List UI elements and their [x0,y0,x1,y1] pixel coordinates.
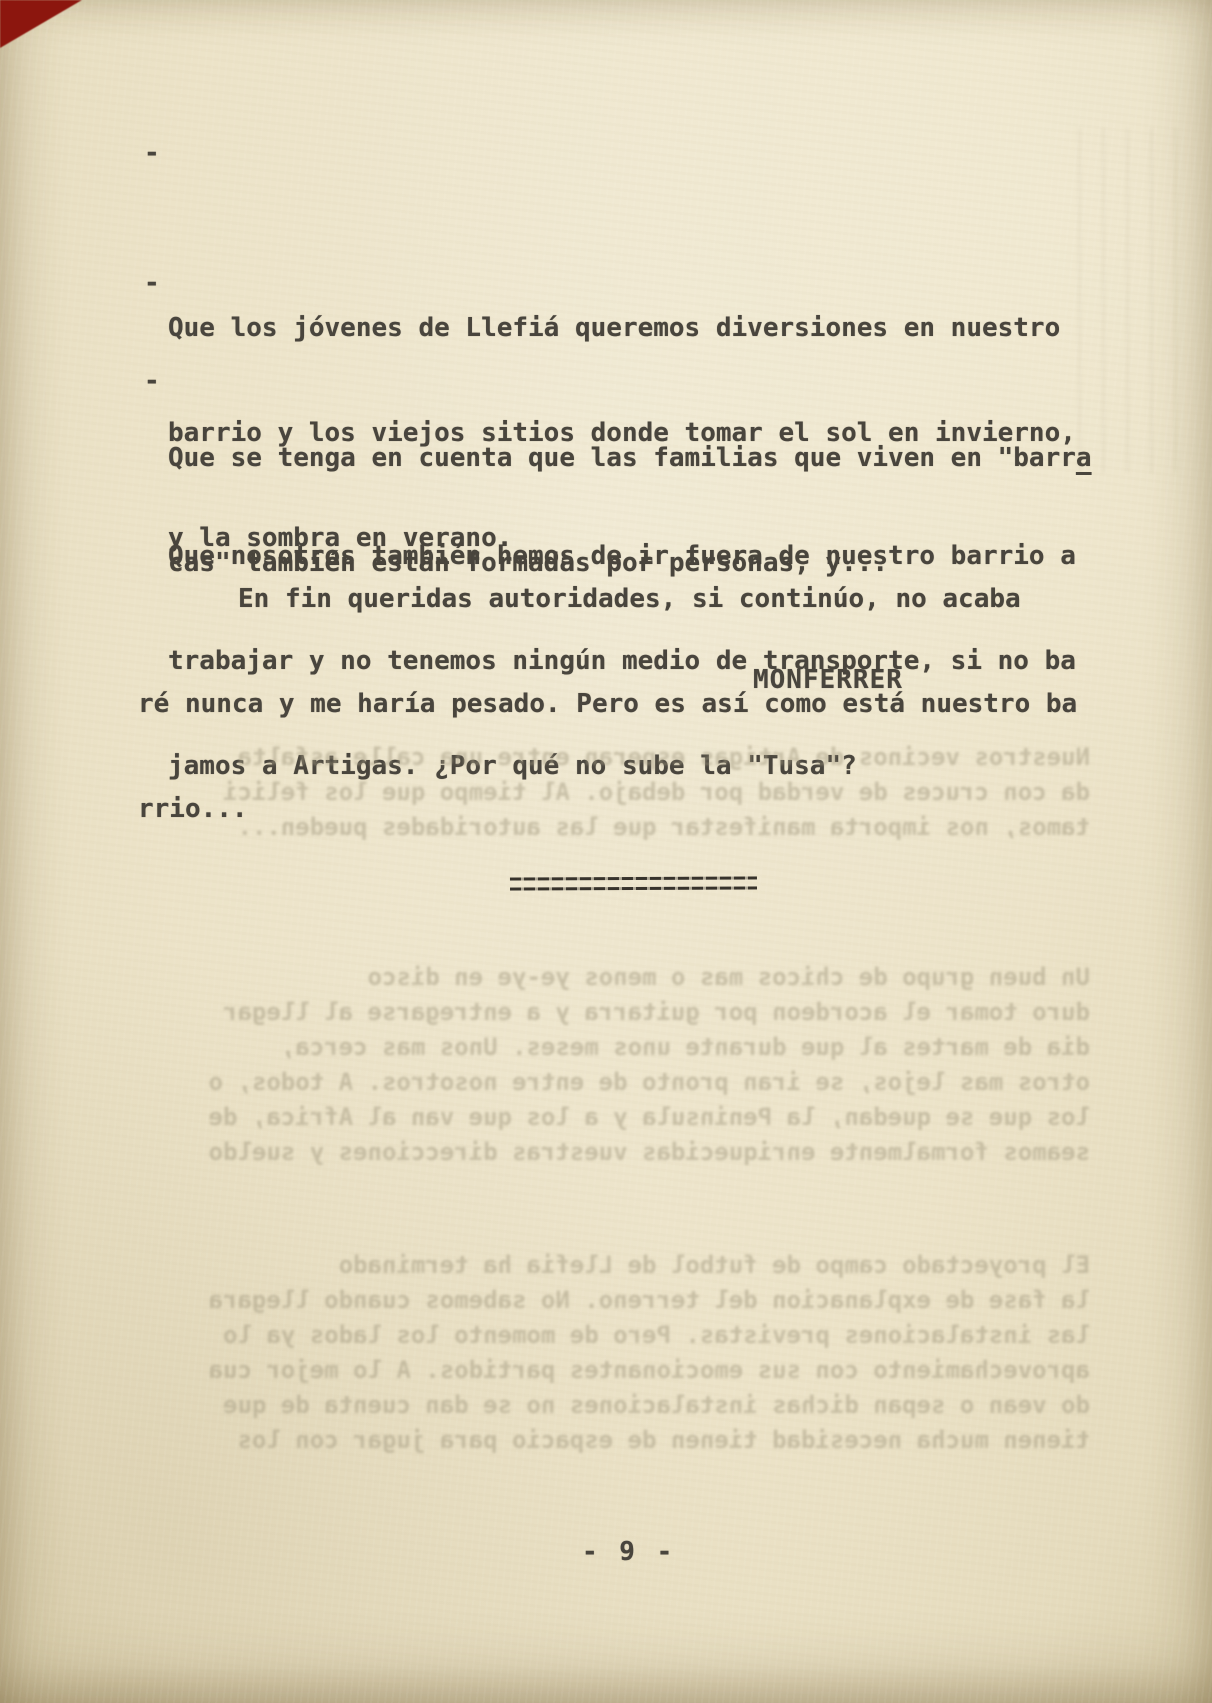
bleedthrough-text-block: El proyectado campo de futbol de Llefia … [105,1248,1090,1458]
ghost-line: la fase de explanacion del terreno. No s… [105,1283,1090,1318]
bullet-dash: - [144,266,160,301]
divider-line [510,876,757,880]
ghost-line: otros mas lejos, se iran pronto de entre… [105,1065,1090,1100]
ghost-line: Un buen grupo de chicos mas o menos ye-y… [105,960,1090,995]
ghost-line: los que se quedan, la Peninsula y a los … [105,1100,1090,1135]
page-number: - 9 - [582,1535,675,1570]
ghost-line: aprovechamiento con sus emocionantes par… [105,1353,1090,1388]
ghost-line: El proyectado campo de futbol de Llefia … [105,1248,1090,1283]
closing-paragraph: En fin queridas autoridades, si continúo… [138,512,1138,897]
ghost-line: tienen mucha necesidad tienen de espacio… [105,1423,1090,1458]
ghost-line: dia de martes al que durante unos meses.… [105,1030,1090,1065]
scanned-document-page: - Que los jóvenes de Llefiá queremos div… [0,0,1212,1703]
bullet-dash: - [144,364,160,399]
bullet-dash: - [144,136,160,171]
section-divider [510,876,757,897]
text-line: rrio... [138,792,1138,827]
ghost-line: seamos formalmente enriquecidas vuestras… [105,1135,1090,1170]
text-line: ré nunca y me haría pesado. Pero es así … [138,687,1138,722]
divider-line [510,886,757,890]
red-corner-accent [0,0,82,48]
ghost-line: do vean o sepan dichas instalaciones no … [105,1388,1090,1423]
ghost-line: las instalaciones previstas. Pero de mom… [105,1318,1090,1353]
signature: MONFERRER [753,663,903,698]
bleedthrough-text-block: Un buen grupo de chicos mas o menos ye-y… [105,960,1090,1170]
ghost-line: duro tomar el acordeon por guitarra y a … [105,995,1090,1030]
text-line: En fin queridas autoridades, si continúo… [138,582,1138,617]
